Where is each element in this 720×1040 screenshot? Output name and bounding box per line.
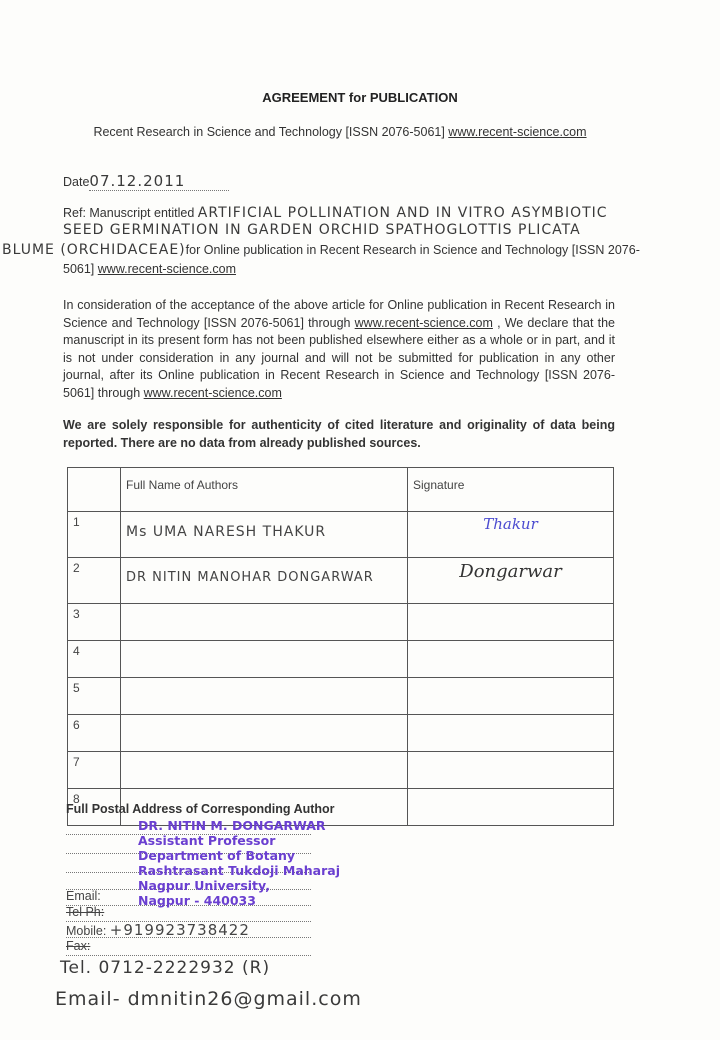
author-name — [121, 678, 408, 715]
row-number: 7 — [68, 752, 121, 789]
header-number — [68, 468, 121, 512]
author-name: Ms UMA NARESH THAKUR — [121, 512, 408, 558]
date-field: Date07.12.2011 — [63, 172, 229, 191]
author-signature — [408, 752, 614, 789]
ref-line-3: BLUME (ORCHIDACEAE)for Online publicatio… — [2, 242, 640, 258]
manuscript-title-line-1: ARTIFICIAL POLLINATION AND IN VITRO ASYM… — [198, 205, 608, 221]
consideration-link-2[interactable]: www.recent-science.com — [144, 386, 282, 400]
manuscript-title-line-3: BLUME (ORCHIDACEAE) — [2, 242, 186, 258]
manuscript-title-line-2: SEED GERMINATION IN GARDEN ORCHID SPATHO… — [63, 222, 581, 238]
table-row: 2 DR NITIN MANOHAR DONGARWAR Dongarwar — [68, 558, 614, 604]
mobile-value: +919923738422 — [110, 921, 250, 939]
row-number: 3 — [68, 604, 121, 641]
author-name — [121, 715, 408, 752]
ref-issn-suffix: 5061] — [63, 262, 98, 276]
ref-line-1: Ref: Manuscript entitled ARTIFICIAL POLL… — [63, 205, 720, 221]
fax-label: Fax: — [66, 939, 90, 953]
ref-label: Ref: Manuscript entitled — [63, 206, 194, 220]
author-name: DR NITIN MANOHAR DONGARWAR — [121, 558, 408, 604]
row-number: 2 — [68, 558, 121, 604]
table-row: 5 — [68, 678, 614, 715]
author-signature — [408, 789, 614, 826]
author-signature — [408, 715, 614, 752]
table-row: 7 — [68, 752, 614, 789]
table-header-row: Full Name of Authors Signature — [68, 468, 614, 512]
stamp-line: Rashtrasant Tukdoji Maharaj — [138, 863, 340, 878]
table-row: 6 — [68, 715, 614, 752]
author-signature — [408, 641, 614, 678]
author-name — [121, 604, 408, 641]
date-label: Date — [63, 175, 89, 189]
institution-stamp: DR. NITIN M. DONGARWAR Assistant Profess… — [138, 818, 340, 908]
handwritten-email: Email- dmnitin26@gmail.com — [55, 988, 362, 1010]
document-title: AGREEMENT for PUBLICATION — [0, 90, 720, 105]
handwritten-tel: Tel. 0712-2222932 (R) — [60, 958, 270, 978]
author-signature: Dongarwar — [408, 558, 614, 604]
table-row: 3 — [68, 604, 614, 641]
ref-after-text: for Online publication in Recent Researc… — [186, 243, 640, 257]
authors-table: Full Name of Authors Signature 1 Ms UMA … — [67, 467, 614, 826]
responsibility-statement: We are solely responsible for authentici… — [63, 417, 615, 452]
header-full-name: Full Name of Authors — [121, 468, 408, 512]
row-number: 1 — [68, 512, 121, 558]
stamp-line: Nagpur - 440033 — [138, 893, 340, 908]
consideration-link-1[interactable]: www.recent-science.com — [355, 316, 493, 330]
stamp-line: Assistant Professor — [138, 833, 340, 848]
email-label: Email: — [66, 889, 101, 903]
fax-field: Fax: — [66, 939, 311, 956]
mobile-label: Mobile: — [66, 924, 106, 938]
date-value: 07.12.2011 — [89, 172, 229, 191]
author-name — [121, 752, 408, 789]
header-signature: Signature — [408, 468, 614, 512]
author-name — [121, 641, 408, 678]
journal-line: Recent Research in Science and Technolog… — [0, 125, 680, 139]
stamp-line: Department of Botany — [138, 848, 340, 863]
row-number: 4 — [68, 641, 121, 678]
mobile-field: Mobile: +919923738422 — [66, 921, 311, 938]
journal-name: Recent Research in Science and Technolog… — [93, 125, 448, 139]
ref-link[interactable]: www.recent-science.com — [98, 262, 236, 276]
row-number: 6 — [68, 715, 121, 752]
stamp-line: DR. NITIN M. DONGARWAR — [138, 818, 340, 833]
consideration-mark: , — [493, 316, 501, 330]
author-signature — [408, 604, 614, 641]
author-signature: Thakur — [408, 512, 614, 558]
stamp-line: Nagpur University, — [138, 878, 340, 893]
table-row: 1 Ms UMA NARESH THAKUR Thakur — [68, 512, 614, 558]
row-number: 5 — [68, 678, 121, 715]
journal-link[interactable]: www.recent-science.com — [448, 125, 586, 139]
ref-line-4: 5061] www.recent-science.com — [63, 262, 236, 276]
consideration-paragraph: In consideration of the acceptance of th… — [63, 297, 615, 402]
table-row: 4 — [68, 641, 614, 678]
author-signature — [408, 678, 614, 715]
telph-label: Tel Ph: — [66, 905, 104, 919]
address-heading: Full Postal Address of Corresponding Aut… — [66, 802, 335, 816]
